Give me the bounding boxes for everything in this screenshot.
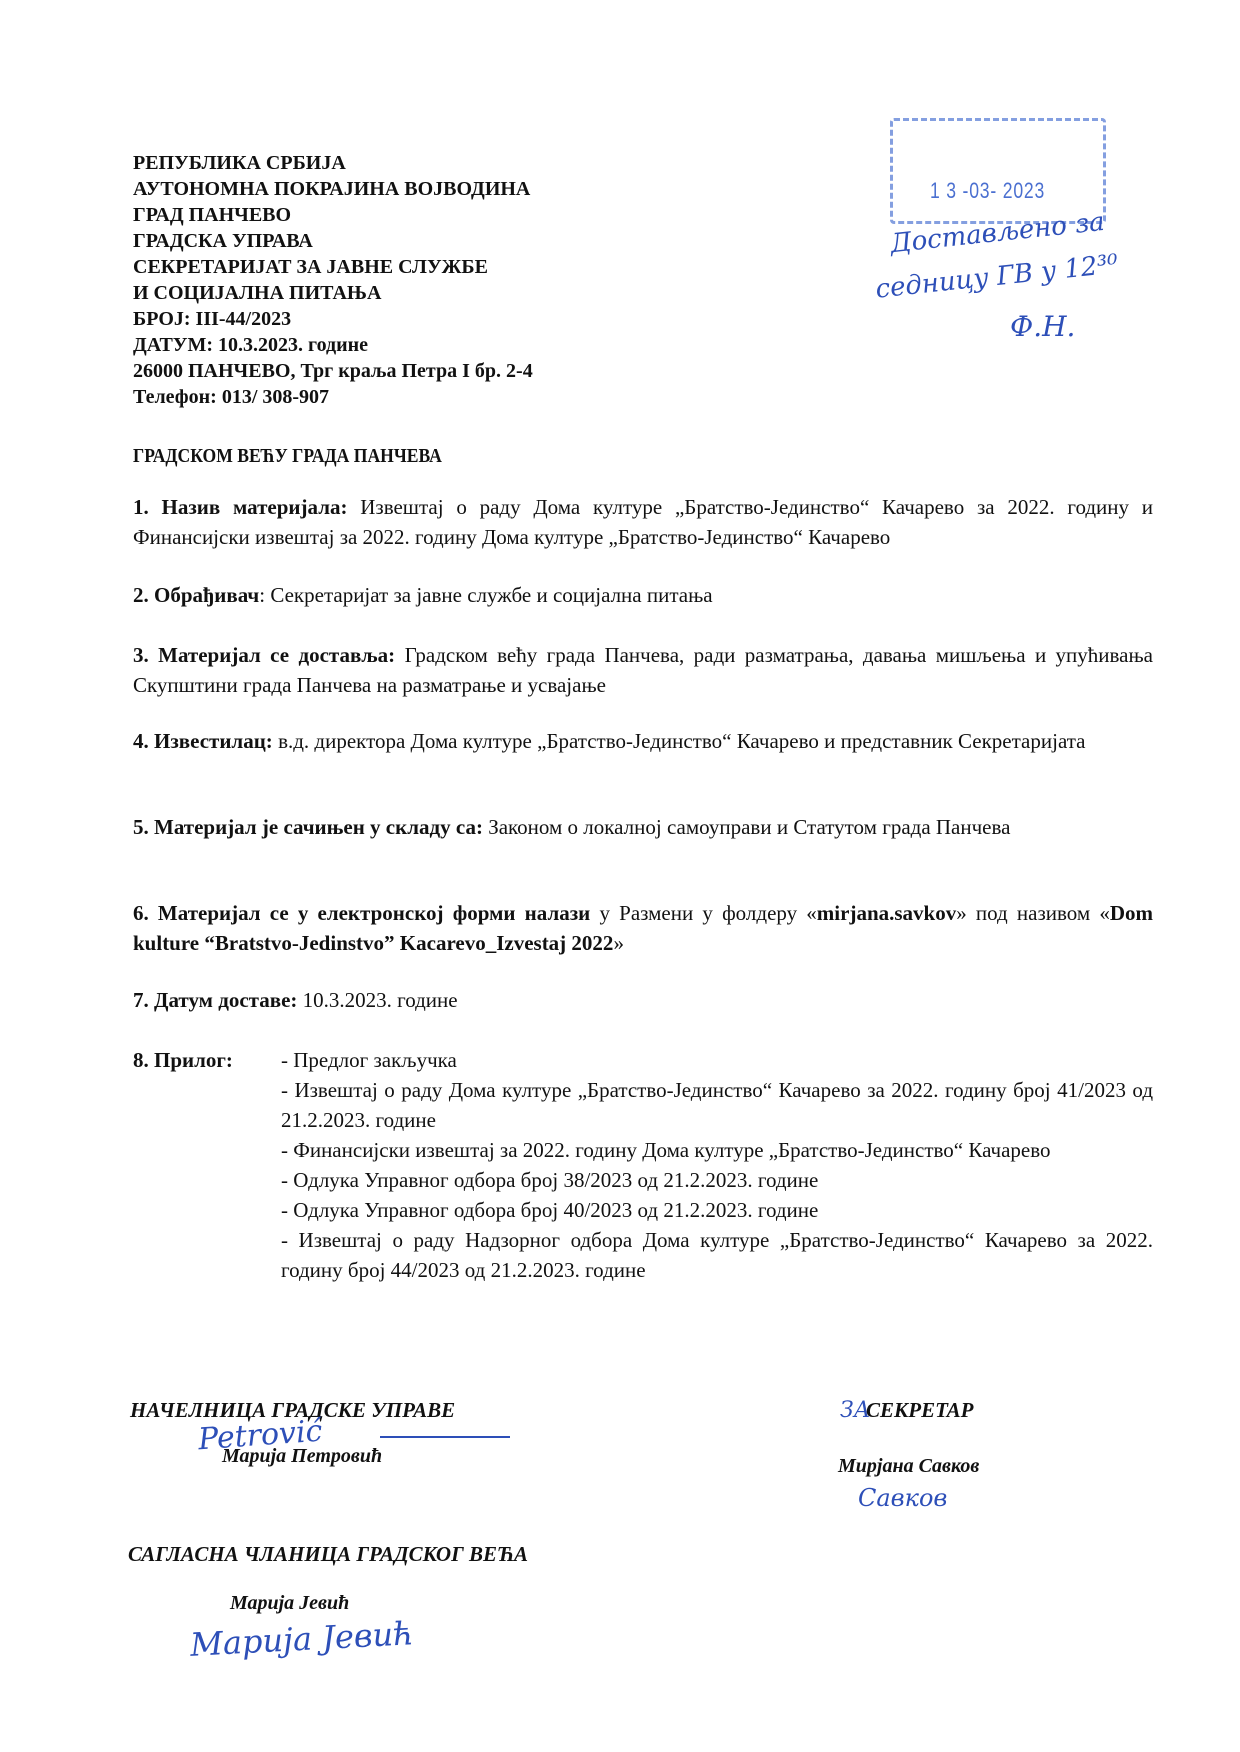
attachment-item: - Одлука Управног одбора број 40/2023 од…: [281, 1195, 1153, 1225]
header-line-administration: ГРАДСКА УПРАВА: [133, 228, 533, 254]
item-label: 6. Материјал се у електронској форми нал…: [133, 901, 590, 925]
item-text: у Размени у фолдеру «: [590, 901, 817, 925]
folder-name: mirjana.savkov: [817, 901, 956, 925]
signature-secretary-name: Мирјана Савков: [838, 1455, 979, 1478]
document-header: РЕПУБЛИКА СРБИЈА АУТОНОМНА ПОКРАЈИНА ВОЈ…: [133, 150, 533, 410]
attachments-list: - Предлог закључка - Извештај о раду Дом…: [281, 1045, 1153, 1285]
item-label: 2. Обрађивач: [133, 583, 259, 607]
signature-secretary-title: СЕКРЕТАР: [866, 1398, 973, 1423]
header-line-date: ДАТУМ: 10.3.2023. године: [133, 332, 533, 358]
header-line-republic: РЕПУБЛИКА СРБИЈА: [133, 150, 533, 176]
stamp-handwritten-note-2: седницу ГВ у 12³⁰: [874, 249, 1119, 304]
item-legal-basis: 5. Материјал је сачињен у складу са: Зак…: [133, 812, 1153, 842]
item-text: в.д. директора Дома културе „Братство-Је…: [273, 729, 1086, 753]
stamp-handwritten-initials: Ф.Н.: [1010, 310, 1075, 343]
attachment-item: - Извештај о раду Надзорног одбора Дома …: [281, 1225, 1153, 1285]
signature-council-scribble: Марија Јевић: [189, 1614, 414, 1664]
signature-council-title: САГЛАСНА ЧЛАНИЦА ГРАДСКОГ ВЕЋА: [128, 1542, 528, 1567]
signature-head-name: Марија Петровић: [222, 1445, 382, 1468]
header-line-number: БРОЈ: III-44/2023: [133, 306, 533, 332]
header-line-secretariat-2: И СОЦИЈАЛНА ПИТАЊА: [133, 280, 533, 306]
header-line-secretariat: СЕКРЕТАРИЈАТ ЗА ЈАВНЕ СЛУЖБЕ: [133, 254, 533, 280]
signature-council-name: Марија Јевић: [230, 1592, 349, 1615]
item-text: »: [613, 931, 624, 955]
attachment-item: - Предлог закључка: [281, 1045, 1153, 1075]
item-processor: 2. Обрађивач: Секретаријат за јавне служ…: [133, 580, 1153, 610]
item-label: 4. Известилац:: [133, 729, 273, 753]
signature-head-flourish: [380, 1418, 510, 1438]
stamp-date: 1 3 -03- 2023: [930, 178, 1045, 204]
attachments-label: 8. Прилог:: [133, 1045, 233, 1075]
item-text: 10.3.2023. године: [297, 988, 457, 1012]
item-label: 1. Назив материјала:: [133, 495, 347, 519]
item-label: 5. Материјал је сачињен у складу са:: [133, 815, 483, 839]
item-text: : Секретаријат за јавне службе и социјал…: [259, 583, 712, 607]
header-line-address: 26000 ПАНЧЕВО, Трг краља Петра I бр. 2-4: [133, 358, 533, 384]
item-reporter: 4. Известилац: в.д. директора Дома култу…: [133, 726, 1153, 756]
attachment-item: - Финансијски извештај за 2022. годину Д…: [281, 1135, 1153, 1165]
addressee: ГРАДСКОМ ВЕЋУ ГРАДА ПАНЧЕВА: [133, 445, 442, 468]
signature-secretary-scribble: Савков: [858, 1484, 947, 1512]
item-electronic-location: 6. Материјал се у електронској форми нал…: [133, 898, 1153, 958]
header-line-city: ГРАД ПАНЧЕВО: [133, 202, 533, 228]
item-text: Законом о локалној самоуправи и Статутом…: [483, 815, 1011, 839]
item-delivery-date: 7. Датум доставе: 10.3.2023. године: [133, 985, 1153, 1015]
attachment-item: - Извештај о раду Дома културе „Братство…: [281, 1075, 1153, 1135]
item-material-name: 1. Назив материјала: Извештај о раду Дом…: [133, 492, 1153, 552]
header-line-province: АУТОНОМНА ПОКРАЈИНА ВОЈВОДИНА: [133, 176, 533, 202]
header-line-phone: Телефон: 013/ 308-907: [133, 384, 533, 410]
item-label: 7. Датум доставе:: [133, 988, 297, 1012]
attachment-item: - Одлука Управног одбора број 38/2023 од…: [281, 1165, 1153, 1195]
received-stamp: [890, 118, 1106, 224]
item-label: 3. Материјал се доставља:: [133, 643, 395, 667]
item-delivered-to: 3. Материјал се доставља: Градском већу …: [133, 640, 1153, 700]
item-text: » под називом «: [956, 901, 1110, 925]
